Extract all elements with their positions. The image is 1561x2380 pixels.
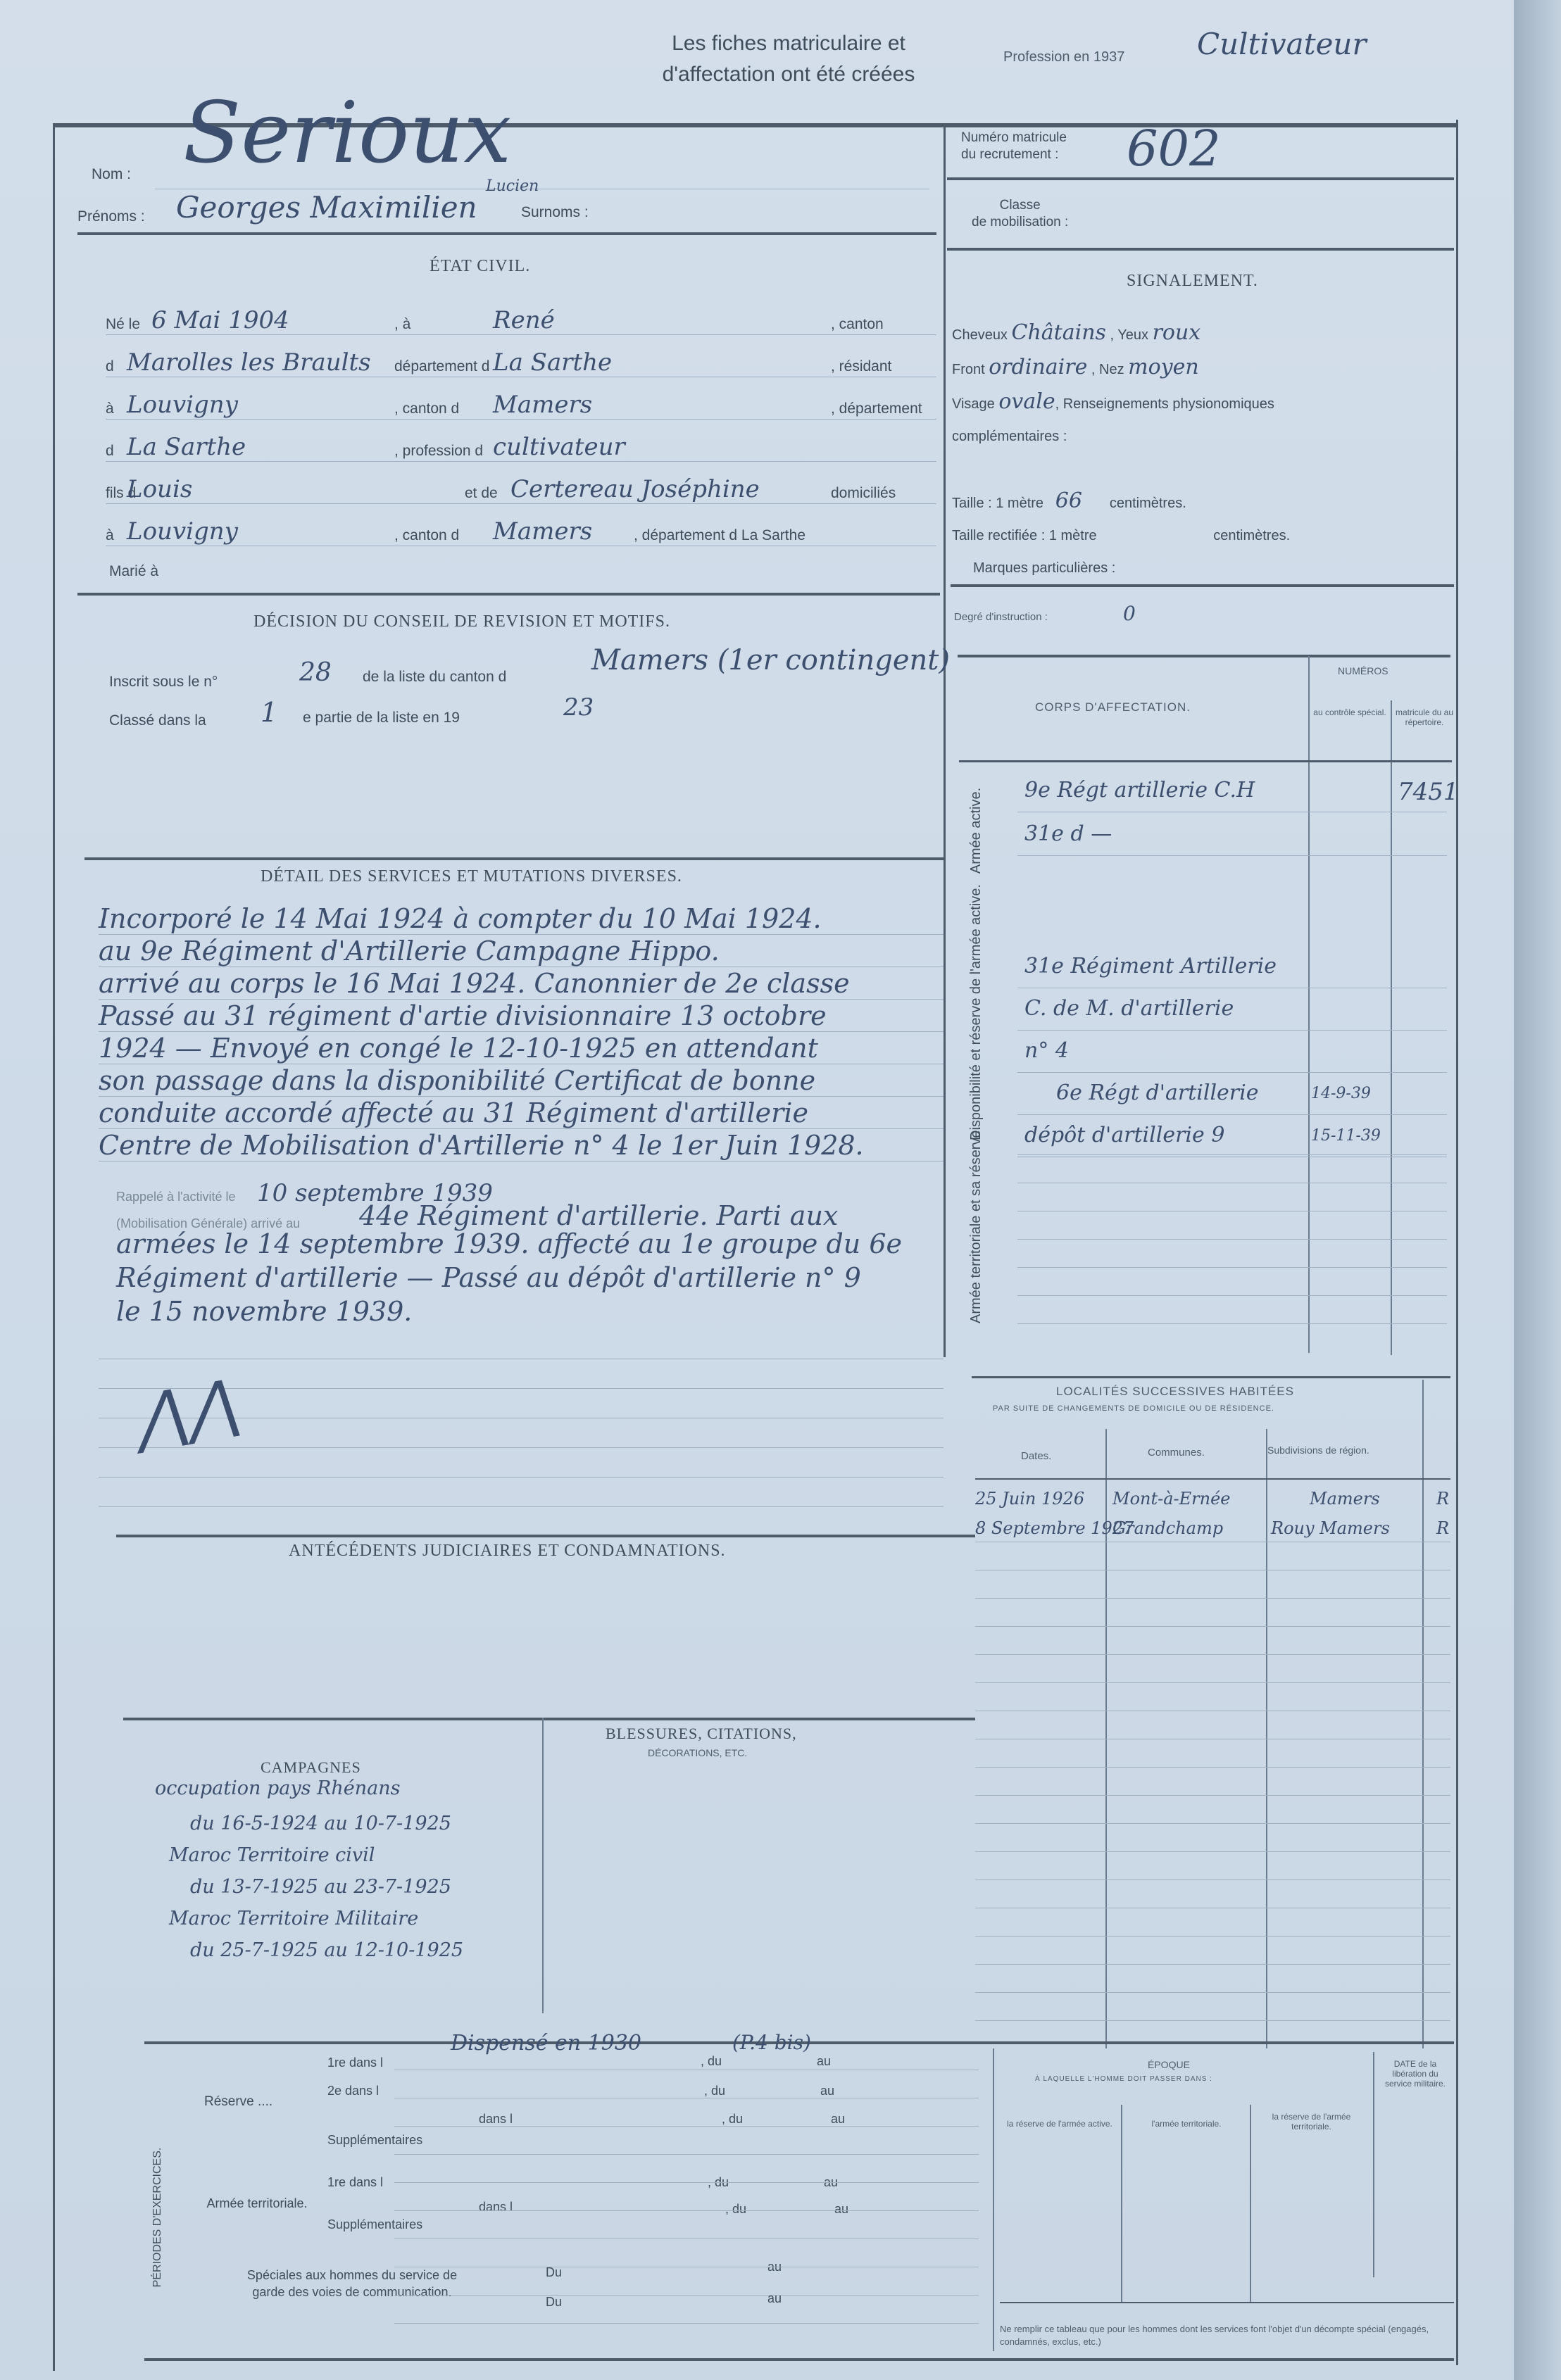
prenoms-value: Georges Maximilien xyxy=(176,190,477,225)
ruled-line xyxy=(1017,1030,1447,1031)
matricule-label-line-2: du recrutement : xyxy=(961,146,1067,163)
signalement-block: Cheveux Châtains , Yeux roux Front ordin… xyxy=(952,317,1452,584)
prenoms-label: Prénoms : xyxy=(77,208,145,225)
territoriale-label: Armée territoriale et sa réserve. xyxy=(968,1161,984,1323)
service-line: son passage dans la disponibilité Certif… xyxy=(99,1065,815,1096)
inscrit-value: 28 xyxy=(299,658,332,687)
classe-label-line-1: Classe xyxy=(972,197,1068,214)
speciales-du-2: Du xyxy=(546,2295,562,2310)
ruled-line xyxy=(99,1447,944,1448)
affectation-matricule: 7451 xyxy=(1398,778,1459,806)
ruled-line xyxy=(1017,1154,1447,1155)
ruled-line xyxy=(975,1739,1450,1739)
ruled-line xyxy=(1017,1183,1447,1183)
ruled-line xyxy=(1017,1157,1447,1157)
localite-date: 8 Septembre 1927 xyxy=(975,1518,1134,1538)
ruled-line xyxy=(975,1542,1450,1542)
ruled-line xyxy=(1017,1211,1447,1211)
speciales-du-1: Du xyxy=(546,2265,562,2280)
ruled-line xyxy=(975,1880,1450,1880)
affectation-corps: C. de M. d'artillerie xyxy=(1024,996,1234,1021)
localite-dr: R xyxy=(1436,1489,1449,1509)
taille-value: 66 xyxy=(1055,489,1082,513)
inscrit-label: Inscrit sous le n° xyxy=(109,674,218,691)
etat-civil-label: , à xyxy=(394,316,410,333)
ruled-line xyxy=(975,1851,1450,1852)
ruled-line xyxy=(106,334,936,335)
signature-paraphe: ⋀⋀ xyxy=(129,1371,242,1452)
etat-civil-value: La Sarthe xyxy=(493,348,612,377)
classe-label: Classe de mobilisation : xyxy=(972,197,1068,231)
etat-civil-value: Certereau Joséphine xyxy=(510,475,760,503)
service-line: le 15 novembre 1939. xyxy=(116,1296,412,1327)
ruled-line xyxy=(975,2020,1450,2021)
campagnes-title: CAMPAGNES xyxy=(261,1758,361,1777)
campagne-line: Maroc Territoire civil xyxy=(169,1844,375,1866)
etat-civil-value: Louvigny xyxy=(127,391,238,419)
classe-dans-label: Classé dans la xyxy=(109,712,206,729)
epoque-col1: la réserve de l'armée active. xyxy=(1000,2119,1120,2129)
rappel-printed: Rappelé à l'activité le xyxy=(116,1190,236,1204)
ruled-line xyxy=(106,461,936,462)
ruled-line xyxy=(1017,1323,1447,1324)
ruled-line xyxy=(394,2182,979,2183)
epoque-subtitle: À LAQUELLE L'HOMME DOIT PASSER DANS : xyxy=(1035,2075,1212,2083)
disponibilite-label: Disponibilité et réserve de l'armée acti… xyxy=(968,915,984,1140)
ruled-line xyxy=(975,1682,1450,1683)
affectation-corps: 31e Régiment Artillerie xyxy=(1024,954,1277,978)
stamp-line-1: Les fiches matriculaire et xyxy=(606,28,972,59)
etat-civil-label: à xyxy=(106,527,114,544)
ruled-line xyxy=(99,934,944,935)
ruled-line xyxy=(975,1767,1450,1768)
ruled-line xyxy=(975,1823,1450,1824)
reserve-2-label: 2e dans l xyxy=(327,2084,379,2098)
affectation-corps: 6e Régt d'artillerie xyxy=(1056,1081,1258,1105)
page-edge xyxy=(1514,0,1561,2380)
etat-civil-label: , canton xyxy=(831,316,884,333)
ruled-line xyxy=(106,503,936,504)
ruled-line xyxy=(1017,812,1447,812)
service-line: conduite accordé affecté au 31 Régiment … xyxy=(99,1097,808,1128)
marie-label: Marié à xyxy=(109,563,158,580)
etat-civil-label: , département d La Sarthe xyxy=(634,527,805,544)
etat-civil-value: Louis xyxy=(127,475,192,503)
terr-1-label: 1re dans l xyxy=(327,2175,383,2190)
visage-value: ovale xyxy=(998,389,1055,414)
epoque-col2: l'armée territoriale. xyxy=(1127,2119,1246,2129)
campagne-line: du 13-7-1925 au 23-7-1925 xyxy=(190,1876,451,1898)
frame-right xyxy=(1456,120,1458,2365)
front-value: ordinaire xyxy=(989,355,1087,379)
ruled-line xyxy=(1017,1267,1447,1268)
ruled-line xyxy=(99,1128,944,1129)
ruled-line xyxy=(106,419,936,420)
cheveux-value: Châtains xyxy=(1012,320,1106,345)
reserve-1-label: 1re dans l xyxy=(327,2055,383,2070)
service-line: arrivé au corps le 16 Mai 1924. Canonnie… xyxy=(99,968,850,999)
ruled-line xyxy=(975,1654,1450,1655)
etat-civil-value: Mamers xyxy=(493,517,592,546)
ruled-line xyxy=(975,1795,1450,1796)
ruled-line xyxy=(394,2323,979,2324)
ruled-line xyxy=(1017,1295,1447,1296)
ruled-line xyxy=(99,1477,944,1478)
etat-civil-value: cultivateur xyxy=(493,433,625,461)
numeros-header: NUMÉROS xyxy=(1338,665,1388,676)
affectation-corps: dépôt d'artillerie 9 xyxy=(1024,1123,1224,1147)
classe-label-line-2: de mobilisation : xyxy=(972,214,1068,231)
nom-label: Nom : xyxy=(92,166,131,183)
yeux-value: roux xyxy=(1153,320,1201,345)
etat-civil-label: , profession d xyxy=(394,443,483,460)
profession-1937-label: Profession en 1937 xyxy=(1003,49,1124,65)
epoque-date-header: DATE de la libération du service militai… xyxy=(1380,2059,1450,2089)
ruled-line xyxy=(1017,988,1447,988)
service-line: Régiment d'artillerie — Passé au dépôt d… xyxy=(116,1262,861,1293)
liste-label: de la liste du canton d xyxy=(363,669,506,686)
degre-label: Degré d'instruction : xyxy=(954,611,1048,623)
revision-title: DÉCISION DU CONSEIL DE REVISION ET MOTIF… xyxy=(253,612,670,631)
ruled-line xyxy=(99,1506,944,1507)
col-communes: Communes. xyxy=(1148,1447,1205,1459)
affectation-corps: 31e d — xyxy=(1024,821,1112,846)
du-marker: , du xyxy=(725,2202,746,2217)
reserve-label: Réserve .... xyxy=(204,2094,272,2110)
affectation-corps: 9e Régt artillerie C.H xyxy=(1024,778,1255,802)
ruled-line xyxy=(99,1096,944,1097)
services-title: DÉTAIL DES SERVICES ET MUTATIONS DIVERSE… xyxy=(261,867,682,886)
matricule-label-line-1: Numéro matricule xyxy=(961,130,1067,146)
etat-civil-label: , canton d xyxy=(394,401,459,417)
etat-civil-title: ÉTAT CIVIL. xyxy=(430,257,530,276)
etat-civil-value: La Sarthe xyxy=(127,433,246,461)
ruled-line xyxy=(394,2070,979,2070)
campagne-line: Maroc Territoire Militaire xyxy=(169,1908,418,1929)
terr-supp-label: Supplémentaires xyxy=(327,2217,422,2232)
signalement-title: SIGNALEMENT. xyxy=(1127,272,1258,291)
etat-civil-label: département d xyxy=(394,358,489,375)
prenoms-added: Lucien xyxy=(486,177,539,195)
campagne-line: du 16-5-1924 au 10-7-1925 xyxy=(190,1813,451,1834)
service-line: Centre de Mobilisation d'Artillerie n° 4… xyxy=(99,1130,864,1161)
affectation-special: 14-9-39 xyxy=(1311,1085,1371,1102)
antecedents-title: ANTÉCÉDENTS JUDICIAIRES ET CONDAMNATIONS… xyxy=(289,1542,726,1561)
col-dates: Dates. xyxy=(1021,1450,1051,1462)
terr-supp-dans: dans l xyxy=(479,2200,513,2215)
speciales-line-1: Spéciales aux hommes du service de xyxy=(169,2267,535,2284)
territoriale-label-ex: Armée territoriale. xyxy=(204,2196,310,2211)
ruled-line xyxy=(394,2267,979,2267)
ruled-line xyxy=(99,1161,944,1161)
au-marker: au xyxy=(820,2084,834,2098)
affectation-corps: n° 4 xyxy=(1024,1038,1069,1063)
ruled-line xyxy=(106,377,936,377)
ruled-line xyxy=(394,2295,979,2296)
ruled-line xyxy=(394,2210,979,2211)
localite-commune: Grandchamp xyxy=(1112,1518,1223,1538)
ruled-line xyxy=(394,2098,979,2098)
ruled-line xyxy=(99,999,944,1000)
service-line: 1924 — Envoyé en congé le 12-10-1925 en … xyxy=(99,1033,818,1064)
etat-civil-label: Né le xyxy=(106,316,140,333)
etat-civil-value: René xyxy=(493,306,555,334)
reserve-1-value: Dispensé en 1930 xyxy=(451,2031,641,2055)
service-line: Passé au 31 régiment d'artie divisionnai… xyxy=(99,1000,827,1031)
col-subdivisions: Subdivisions de région. xyxy=(1267,1444,1369,1456)
ruled-line xyxy=(99,1359,944,1359)
au-marker: au xyxy=(817,2054,831,2069)
localite-subdivision: Rouy Mamers xyxy=(1271,1518,1390,1538)
ruled-line xyxy=(99,1064,944,1064)
service-line: 44e Régiment d'artillerie. Parti aux xyxy=(359,1200,838,1231)
etat-civil-label: , canton d xyxy=(394,527,459,544)
ruled-line xyxy=(1017,1239,1447,1240)
degre-value: 0 xyxy=(1123,602,1136,625)
ruled-line xyxy=(106,546,936,546)
exercices-side-label: PÉRIODES D'EXERCICES. xyxy=(151,2112,164,2323)
reserve-supp-dans: dans l xyxy=(479,2112,513,2127)
creation-stamp: Les fiches matriculaire et d'affectation… xyxy=(606,28,972,90)
corps-header: CORPS D'AFFECTATION. xyxy=(1035,700,1191,714)
canton-value: Mamers (1er contingent) xyxy=(591,644,950,676)
partie-label: e partie de la liste en 19 xyxy=(303,710,460,726)
speciales-line-2: garde des voies de communication. xyxy=(169,2284,535,2300)
stamp-line-2: d'affectation ont été créées xyxy=(606,59,972,90)
localite-commune: Mont-à-Ernée xyxy=(1112,1489,1231,1509)
reserve-1-value2: (P.4 bis) xyxy=(732,2031,811,2054)
ruled-line xyxy=(394,2154,979,2155)
armee-active-label: Armée active. xyxy=(968,767,984,894)
matricule-value: 602 xyxy=(1127,120,1221,177)
epoque-title: ÉPOQUE xyxy=(1148,2059,1190,2070)
etat-civil-label: , département xyxy=(831,401,922,417)
ruled-line xyxy=(394,2239,979,2239)
etat-civil-label: , résidant xyxy=(831,358,891,375)
column-divider xyxy=(944,125,946,1357)
ruled-line xyxy=(975,1598,1450,1599)
epoque-col3: la réserve de l'armée territoriale. xyxy=(1253,2112,1369,2132)
nez-value: moyen xyxy=(1128,355,1199,379)
ruled-line xyxy=(975,1626,1450,1627)
epoque-note: Ne remplir ce tableau que pour les homme… xyxy=(1000,2323,1450,2348)
ruled-line xyxy=(99,967,944,967)
etat-civil-value: 6 Mai 1904 xyxy=(151,306,289,334)
du-marker: , du xyxy=(722,2112,743,2127)
du-marker: , du xyxy=(704,2084,725,2098)
classe-dans-value: 1 xyxy=(261,697,277,728)
ruled-line xyxy=(1017,1072,1447,1073)
blessures-title: BLESSURES, CITATIONS, xyxy=(606,1725,797,1743)
etat-civil-label: et de xyxy=(465,485,498,502)
nom-value: Serioux xyxy=(183,92,511,176)
campagne-line: occupation pays Rhénans xyxy=(155,1777,400,1799)
du-marker: , du xyxy=(701,2054,722,2069)
etat-civil-label: d xyxy=(106,358,114,375)
localite-subdivision: Mamers xyxy=(1310,1489,1380,1509)
affectation-special: 15-11-39 xyxy=(1311,1127,1381,1145)
profession-1937-value: Cultivateur xyxy=(1197,27,1367,61)
etat-civil-label: à xyxy=(106,401,114,417)
localite-date: 25 Juin 1926 xyxy=(975,1489,1084,1509)
service-line: Incorporé le 14 Mai 1924 à compter du 10… xyxy=(99,903,822,934)
blessures-subtitle: DÉCORATIONS, ETC. xyxy=(648,1747,747,1758)
etat-civil-value: Mamers xyxy=(493,391,592,419)
ruled-line xyxy=(975,1992,1450,1993)
annee-value: 23 xyxy=(563,693,594,722)
etat-civil-value: Marolles les Braults xyxy=(127,348,371,377)
etat-civil-value: Louvigny xyxy=(127,517,238,546)
localites-subtitle: PAR SUITE DE CHANGEMENTS DE DOMICILE OU … xyxy=(993,1404,1274,1413)
ruled-line xyxy=(975,1570,1450,1570)
col-matricule-header: matricule du au répertoire. xyxy=(1393,707,1456,727)
service-line: au 9e Régiment d'Artillerie Campagne Hip… xyxy=(99,936,720,967)
ruled-line xyxy=(1017,1114,1447,1115)
ruled-line xyxy=(975,1908,1450,1908)
etat-civil-label: d xyxy=(106,443,114,460)
frame-left xyxy=(53,125,55,2371)
ruled-line xyxy=(975,1964,1450,1965)
ruled-line xyxy=(394,2126,979,2127)
ruled-line xyxy=(975,1936,1450,1937)
localite-dr: R xyxy=(1436,1518,1449,1538)
col-special-header: au contrôle spécial. xyxy=(1311,707,1388,717)
reserve-supp-label: Supplémentaires xyxy=(327,2133,422,2148)
ruled-line xyxy=(99,1031,944,1032)
au-marker: au xyxy=(767,2291,782,2306)
ruled-line xyxy=(1017,855,1447,856)
etat-civil-label: domiciliés xyxy=(831,485,896,502)
service-line: armées le 14 septembre 1939. affecté au … xyxy=(116,1228,902,1259)
surnoms-label: Surnoms : xyxy=(521,204,589,221)
ruled-line xyxy=(975,1711,1450,1711)
campagne-line: du 25-7-1925 au 12-10-1925 xyxy=(190,1939,463,1961)
matricule-label: Numéro matricule du recrutement : xyxy=(961,130,1067,163)
au-marker: au xyxy=(834,2202,848,2217)
au-marker: au xyxy=(831,2112,845,2127)
localites-title: LOCALITÉS SUCCESSIVES HABITÉES xyxy=(1056,1385,1294,1399)
